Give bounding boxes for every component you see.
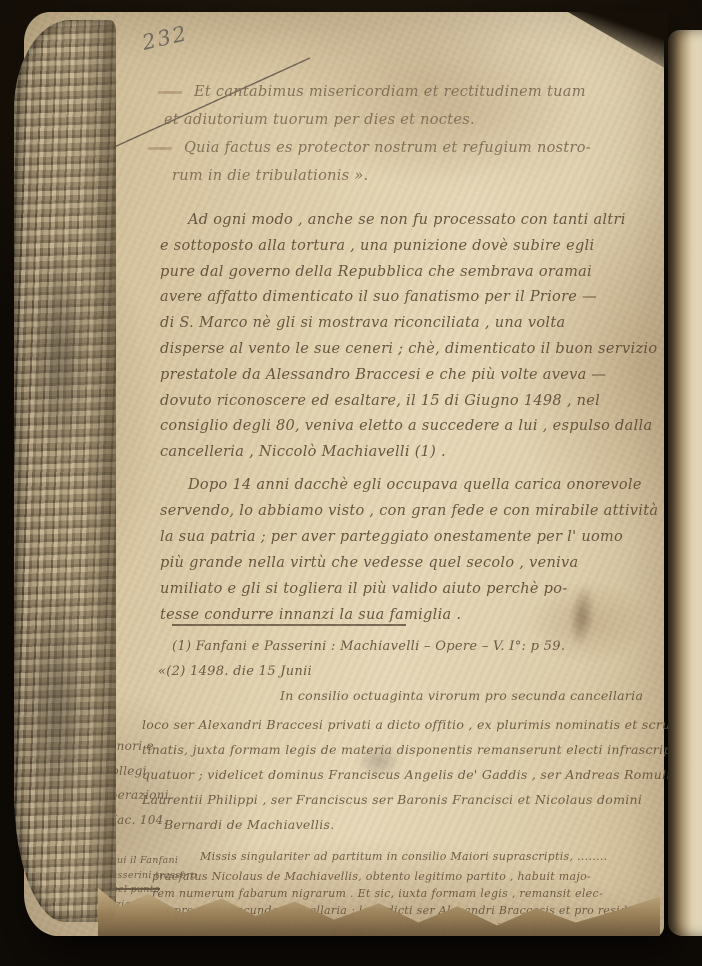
footnote-line: «(2) 1498. die 15 Junii	[158, 659, 565, 684]
latin-line: rem numerum fabarum nigrarum . Et sic, i…	[152, 885, 642, 902]
quotation-line: et adiutorium tuorum per dies et noctes.	[164, 106, 591, 134]
facing-page-edge	[668, 30, 702, 936]
handwritten-line: servendo, lo abbiamo visto , con gran fe…	[160, 498, 658, 524]
footnote-block: (1) Fanfani e Passerini : Machiavelli – …	[158, 634, 565, 684]
handwritten-line: la sua patria ; per aver parteggiato one…	[160, 524, 658, 550]
body-paragraph-2: Dopo 14 anni dacchè egli occupava quella…	[160, 472, 658, 628]
latin-record-2-heading: Missis singulariter ad partitum in consi…	[200, 850, 607, 863]
footnote-separator	[172, 624, 406, 626]
manuscript-photo: 232 Et cantabimus misericordiam et recti…	[0, 0, 702, 966]
handwritten-line: prestatole da Alessandro Braccesi e che …	[160, 363, 657, 389]
quotation-line: Et cantabimus misericordiam et rectitudi…	[194, 78, 591, 106]
handwritten-line: avere affatto dimenticato il suo fanatis…	[160, 285, 657, 311]
handwritten-line: di S. Marco nè gli si mostrava riconcili…	[160, 311, 657, 337]
book-fore-edge	[14, 20, 116, 922]
body-paragraph-1: Ad ogni modo , anche se non fu processat…	[160, 208, 657, 466]
latin-quotation: Et cantabimus misericordiam et rectitudi…	[164, 78, 591, 190]
handwritten-line: più grande nella virtù che vedesse quel …	[160, 550, 658, 576]
handwritten-line: Dopo 14 anni dacchè egli occupava quella…	[160, 472, 658, 498]
latin-record-1-heading: In consilio octuaginta virorum pro secun…	[280, 688, 643, 703]
latin-line: Bernardi de Machiavellis.	[164, 812, 681, 837]
quotation-line: rum in die tribulationis ».	[172, 162, 591, 190]
latin-line: tinatis, juxta formam legis de materia d…	[142, 737, 681, 762]
latin-line: quatuor ; videlicet dominus Franciscus A…	[142, 762, 681, 787]
quotation-line: Quia factus es protector nostrum et refu…	[184, 134, 591, 162]
handwritten-line: dovuto riconoscere ed esaltare, il 15 di…	[160, 389, 657, 415]
manuscript-page: 232 Et cantabimus misericordiam et recti…	[24, 12, 664, 936]
footnote-line: (1) Fanfani e Passerini : Machiavelli – …	[172, 634, 565, 659]
handwritten-line: umiliato e gli si togliera il più valido…	[160, 576, 658, 602]
handwritten-line: disperse al vento le sue ceneri ; chè, d…	[160, 337, 657, 363]
latin-line: praefatus Nicolaus de Machiavellis, obte…	[152, 868, 642, 885]
latin-line: loco ser Alexandri Braccesi privati a di…	[142, 712, 681, 737]
handwritten-line: consiglio degli 80, veniva eletto a succ…	[160, 414, 657, 440]
latin-record-1: loco ser Alexandri Braccesi privati a di…	[142, 712, 681, 837]
latin-line: Laurentii Philippi , ser Franciscus ser …	[142, 787, 681, 812]
handwritten-line: pure dal governo della Repubblica che se…	[160, 260, 657, 286]
handwritten-line: cancelleria , Niccolò Machiavelli (1) .	[160, 440, 657, 466]
handwritten-line: e sottoposto alla tortura , una punizion…	[160, 234, 657, 260]
handwritten-line: Ad ogni modo , anche se non fu processat…	[160, 208, 657, 234]
